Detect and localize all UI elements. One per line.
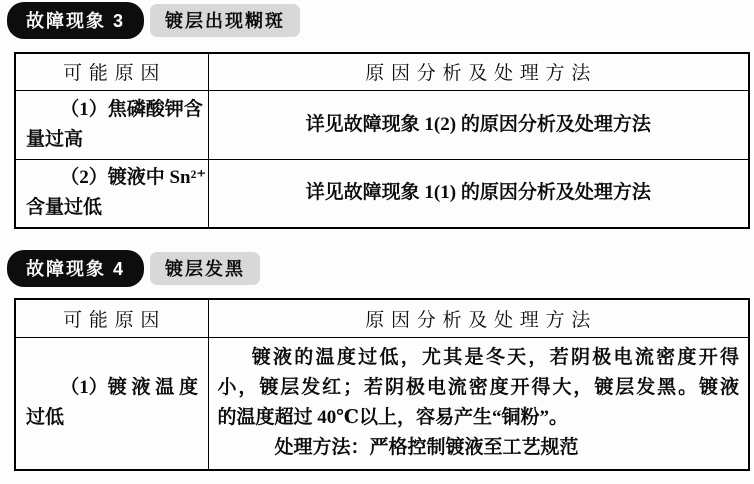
section-heading-4: 故障现象 4 镀层发黑 xyxy=(8,253,754,284)
document-page: 故障现象 3 镀层出现糊斑 可 能 原 因 原 因 分 析 及 处 理 方 法 … xyxy=(0,5,754,484)
fault-table-4: 可 能 原 因 原 因 分 析 及 处 理 方 法 （1）镀 液 温 度 过低 … xyxy=(14,298,750,471)
analysis-cell: 镀液的温度过低，尤其是冬天，若阴极电流密度开得 小，镀层发红；若阴极电流密度开得… xyxy=(208,337,749,470)
fault-title-badge: 镀层发黑 xyxy=(150,252,260,285)
fault-section-3: 故障现象 3 镀层出现糊斑 可 能 原 因 原 因 分 析 及 处 理 方 法 … xyxy=(0,5,754,229)
table-header-row: 可 能 原 因 原 因 分 析 及 处 理 方 法 xyxy=(15,53,749,90)
text-line: 量过高 xyxy=(26,125,198,155)
text-line: （1）焦磷酸钾含 xyxy=(26,95,198,125)
table-row: （2）镀液中 Sn²⁺ 含量过低 详见故障现象 1(1) 的原因分析及处理方法 xyxy=(15,159,749,228)
text-line: 的温度超过 40℃以上，容易产生“铜粉”。 xyxy=(218,403,740,433)
cause-cell: （1）焦磷酸钾含 量过高 xyxy=(15,90,208,159)
fault-table-3: 可 能 原 因 原 因 分 析 及 处 理 方 法 （1）焦磷酸钾含 量过高 详… xyxy=(14,52,750,229)
text-line: 小，镀层发红；若阴极电流密度开得大，镀层发黑。镀液 xyxy=(218,373,740,403)
treatment-line: 处理方法：严格控制镀液至工艺规范 xyxy=(218,433,740,463)
table-header-row: 可 能 原 因 原 因 分 析 及 处 理 方 法 xyxy=(15,299,749,337)
column-header-cause: 可 能 原 因 xyxy=(15,53,208,90)
fault-number-badge: 故障现象 4 xyxy=(8,251,143,286)
analysis-cell: 详见故障现象 1(1) 的原因分析及处理方法 xyxy=(208,159,749,228)
table-row: （1）镀 液 温 度 过低 镀液的温度过低，尤其是冬天，若阴极电流密度开得 小，… xyxy=(15,337,749,470)
analysis-cell: 详见故障现象 1(2) 的原因分析及处理方法 xyxy=(208,90,749,159)
cause-cell: （1）镀 液 温 度 过低 xyxy=(15,337,208,470)
column-header-analysis: 原 因 分 析 及 处 理 方 法 xyxy=(208,299,749,337)
fault-title-badge: 镀层出现糊斑 xyxy=(150,4,300,37)
cause-cell: （2）镀液中 Sn²⁺ 含量过低 xyxy=(15,159,208,228)
text-line: （2）镀液中 Sn²⁺ xyxy=(26,163,198,193)
text-line: 镀液的温度过低，尤其是冬天，若阴极电流密度开得 xyxy=(218,343,740,373)
table-row: （1）焦磷酸钾含 量过高 详见故障现象 1(2) 的原因分析及处理方法 xyxy=(15,90,749,159)
text-line: 含量过低 xyxy=(26,193,198,223)
fault-number-badge: 故障现象 3 xyxy=(8,3,143,38)
text-line: （1）镀 液 温 度 xyxy=(26,373,198,403)
column-header-analysis: 原 因 分 析 及 处 理 方 法 xyxy=(208,53,749,90)
section-heading-3: 故障现象 3 镀层出现糊斑 xyxy=(8,5,754,36)
fault-section-4: 故障现象 4 镀层发黑 可 能 原 因 原 因 分 析 及 处 理 方 法 （1… xyxy=(0,253,754,471)
column-header-cause: 可 能 原 因 xyxy=(15,299,208,337)
text-line: 过低 xyxy=(26,403,198,433)
